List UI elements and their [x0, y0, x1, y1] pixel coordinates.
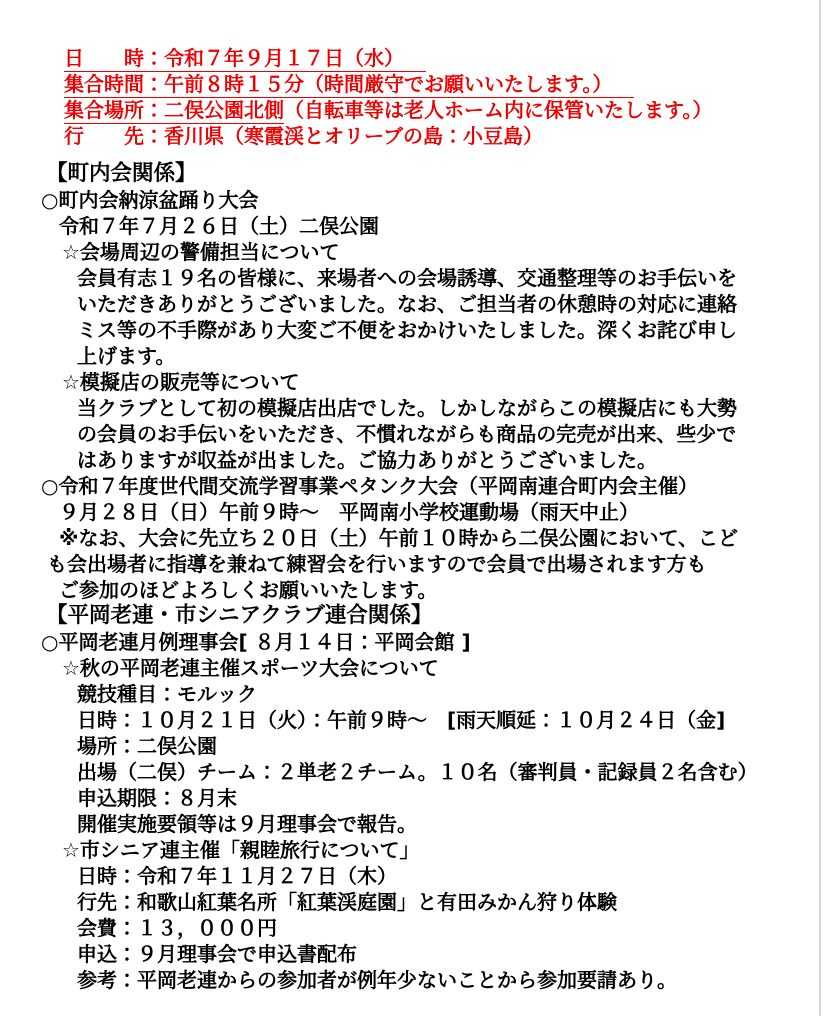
detail-line-datetime: 日時：１０月２１日（火）：午前９時～ [雨天順延：１０月２４日（金]: [0, 707, 823, 733]
notice-date-line: 日 時：令和７年９月１７日（水）: [0, 45, 823, 71]
event-date-petanque: ９月２８日（日）午前９時～ 平岡南小学校運動場（雨天中止）: [0, 499, 823, 525]
paragraph-line: ※なお、大会に先立ち２０日（土）午前１０時から二俣公園において、こど: [0, 525, 823, 551]
section-heading-rouren: 【平岡老連・市シニアクラブ連合関係】: [0, 603, 823, 629]
detail-line-place: 場所：二俣公園: [0, 733, 823, 759]
event-date-bon-odori: 令和７年７月２６日（土）二俣公園: [0, 213, 823, 239]
subtopic-title-mogiten: ☆模擬店の販売等について: [0, 369, 823, 395]
paragraph-line: はありますが収益が出ました。ご協力ありがとうございました。: [0, 447, 823, 473]
section-heading-chonaikai: 【町内会関係】: [0, 161, 823, 187]
notice-meeting-place-text: 集合場所：二俣公園北側: [64, 98, 284, 124]
paragraph-line: ご参加のほどよろしくお願いいたします。: [0, 577, 823, 603]
notice-meeting-time-line: 集合時間：午前８時１５分（時間厳守でお願いいたします。）: [0, 71, 823, 97]
detail-line-competition: 競技種目：モルック: [0, 681, 823, 707]
notice-date-text: 日 時：令和７年９月１７日（水）: [64, 46, 426, 72]
event-title-petanque: ○令和７年度世代間交流学習事業ペタンク大会（平岡南連合町内会主催）: [0, 473, 823, 499]
notice-destination-text: 行 先：香川県（寒霞渓とオリーブの島：小豆島）: [64, 124, 543, 148]
event-title-rijikai: ○平岡老連月例理事会[ ８月１４日：平岡会館 ]: [0, 629, 823, 655]
detail-line-trip-apply: 申込：９月理事会で申込書配布: [0, 941, 823, 967]
detail-line-teams: 出場（二俣）チーム：２単老２チーム。１０名（審判員・記録員２名含む）: [0, 759, 823, 785]
subtopic-title-sports: ☆秋の平岡老連主催スポーツ大会について: [0, 655, 823, 681]
notice-destination-line: 行 先：香川県（寒霞渓とオリーブの島：小豆島）: [0, 123, 823, 149]
paragraph-line: 当クラブとして初の模擬店出店でした。しかしながらこの模擬店にも大勢: [0, 395, 823, 421]
detail-line-deadline: 申込期限：８月末: [0, 785, 823, 811]
notice-meeting-place-line: 集合場所：二俣公園北側（自転車等は老人ホーム内に保管いたします。）: [0, 97, 823, 123]
notice-meeting-time-text: 集合時間：午前８時１５分（時間厳守でお願いいたします。）: [64, 72, 634, 98]
paragraph-line: ミス等の不手際があり大変ご不便をおかけいたしました。深くお詫び申し: [0, 317, 823, 343]
paragraph-line: 上げます。: [0, 343, 823, 369]
detail-line-trip-destination: 行先：和歌山紅葉名所「紅葉渓庭園」と有田みかん狩り体験: [0, 889, 823, 915]
paragraph-line: いただきありがとうございました。なお、ご担当者の休憩時の対応に連絡: [0, 291, 823, 317]
subtopic-title-security: ☆会場周辺の警備担当について: [0, 239, 823, 265]
page-right-edge-line: [819, 0, 821, 1016]
event-title-bon-odori: ○町内会納涼盆踊り大会: [0, 187, 823, 213]
detail-line-trip-fee: 会費：１３，０００円: [0, 915, 823, 941]
detail-line-trip-date: 日時：令和７年１１月２７日（木）: [0, 863, 823, 889]
document-page: 日 時：令和７年９月１７日（水） 集合時間：午前８時１５分（時間厳守でお願いいた…: [0, 0, 823, 1016]
detail-line-trip-reference: 参考：平岡老連からの参加者が例年少ないことから参加要請あり。: [0, 967, 823, 993]
notice-meeting-place-note: （自転車等は老人ホーム内に保管いたします。）: [284, 98, 712, 122]
paragraph-line: も会出場者に指導を兼ねて練習会を行いますので会員で出場されます方も: [0, 551, 823, 577]
paragraph-line: 会員有志１９名の皆様に、来場者への会場誘導、交通整理等のお手伝いを: [0, 265, 823, 291]
subtopic-title-trip: ☆市シニア連主催「親睦旅行について」: [0, 837, 823, 863]
paragraph-line: の会員のお手伝いをいただき、不慣れながらも商品の完売が出来、些少で: [0, 421, 823, 447]
detail-line-report: 開催実施要領等は９月理事会で報告。: [0, 811, 823, 837]
